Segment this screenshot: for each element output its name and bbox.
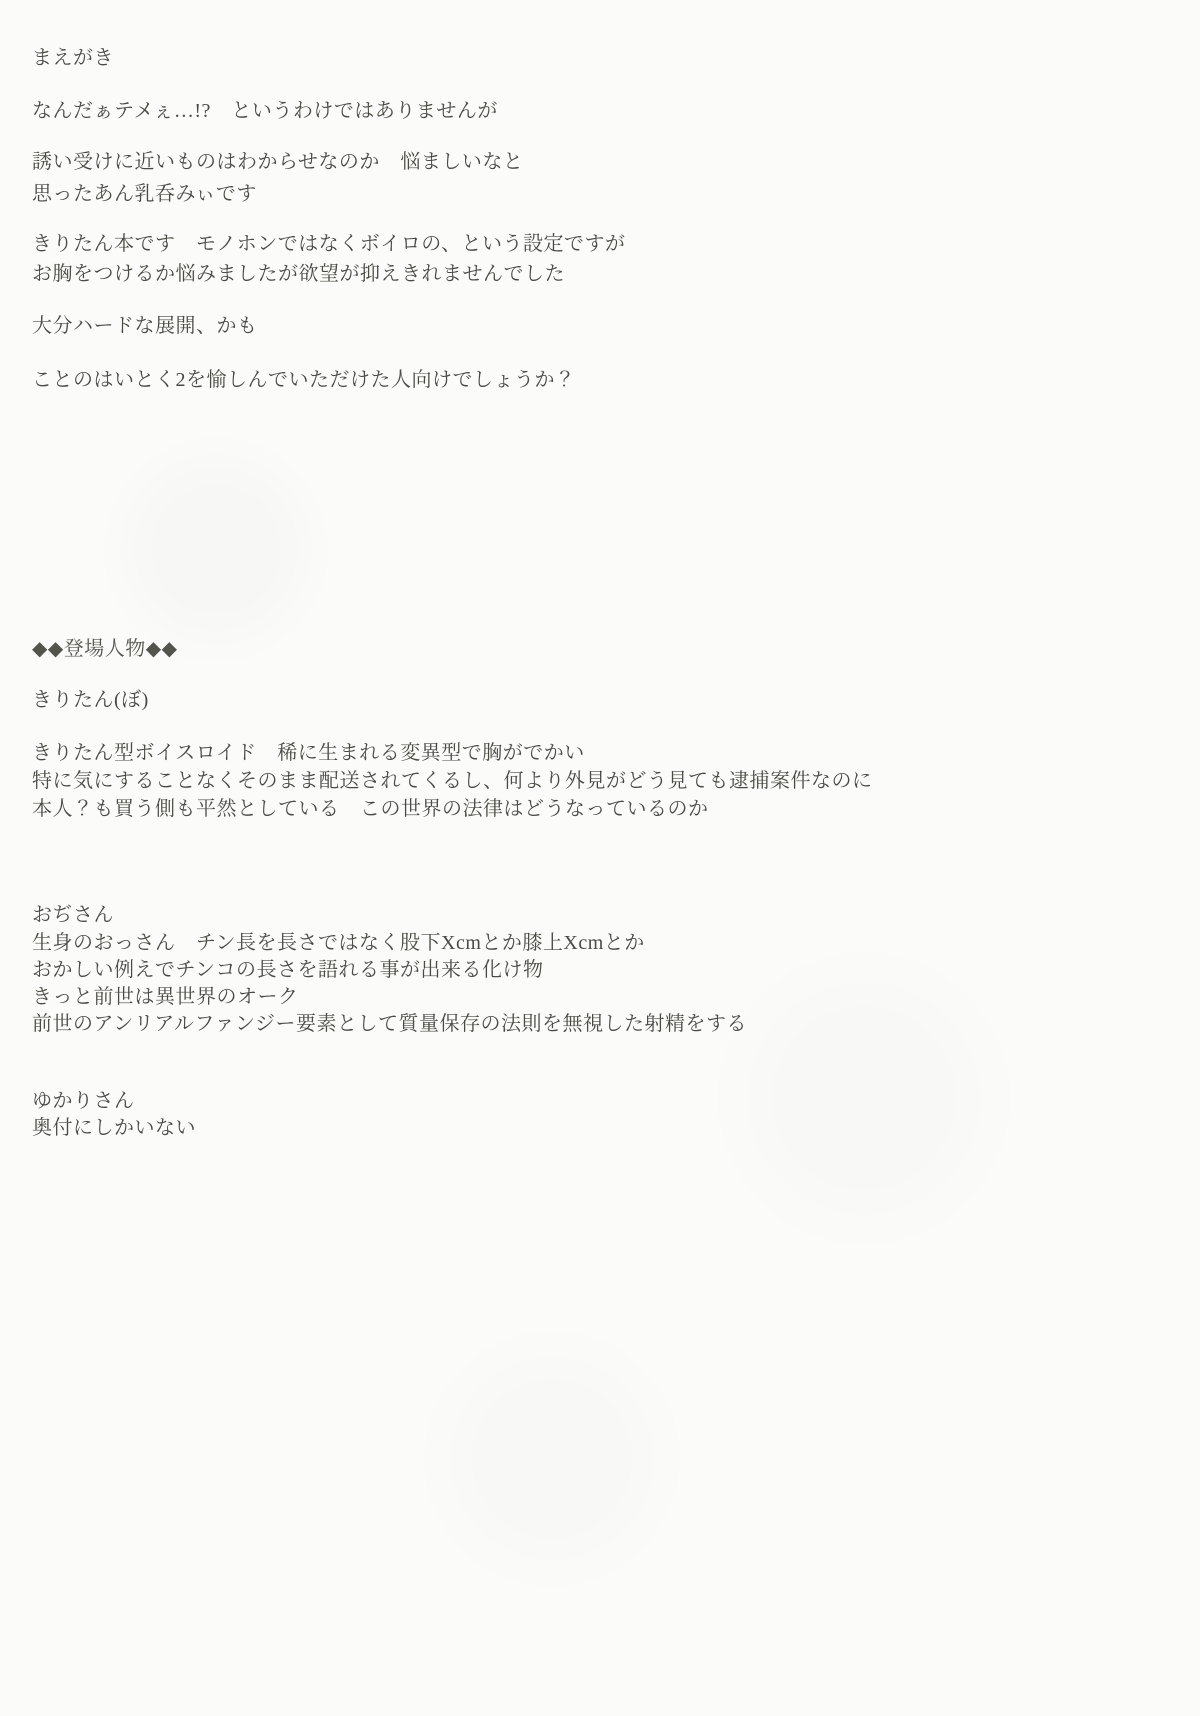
character-desc-line: 生身のおっさん チン長を長さではなく股下Xcmとか膝上Xcmとか xyxy=(32,931,645,955)
preface-line: ことのはいとく2を愉しんでいただけた人向けでしょうか？ xyxy=(32,368,576,392)
preface-line: 大分ハードな展開、かも xyxy=(32,314,258,338)
character-desc-line: おかしい例えでチンコの長さを語れる事が出来る化け物 xyxy=(32,958,544,982)
character-name-ojisan: おぢさん xyxy=(32,903,114,927)
scanned-afterword-page: まえがき なんだぁテメぇ…!? というわけではありませんが 誘い受けに近いものは… xyxy=(0,0,1200,1716)
preface-line: なんだぁテメぇ…!? というわけではありませんが xyxy=(32,99,498,123)
preface-heading: まえがき xyxy=(32,46,114,70)
preface-line: お胸をつけるか悩みましたが欲望が抑えきれませんでした xyxy=(32,262,565,286)
character-desc-line: きりたん型ボイスロイド 稀に生まれる変異型で胸がでかい xyxy=(32,741,585,765)
character-desc-line: 奥付にしかいない xyxy=(32,1116,196,1140)
characters-heading: ◆◆登場人物◆◆ xyxy=(32,637,178,661)
preface-line: 誘い受けに近いものはわからせなのか 悩ましいなと xyxy=(32,150,523,174)
preface-line: きりたん本です モノホンではなくボイロの、という設定ですが xyxy=(32,232,626,256)
character-desc-line: 特に気にすることなくそのまま配送されてくるし、何より外見がどう見ても逮捕案件なの… xyxy=(32,769,873,793)
character-name-yukari: ゆかりさん xyxy=(32,1089,135,1113)
character-desc-line: 前世のアンリアルファンジー要素として質量保存の法則を無視した射精をする xyxy=(32,1012,747,1036)
character-desc-line: 本人？も買う側も平然としている この世界の法律はどうなっているのか xyxy=(32,797,709,821)
preface-line: 思ったあん乳呑みぃです xyxy=(32,182,257,206)
character-desc-line: きっと前世は異世界のオーク xyxy=(32,985,299,1009)
character-name-kiritan: きりたん(ぼ) xyxy=(32,688,149,712)
